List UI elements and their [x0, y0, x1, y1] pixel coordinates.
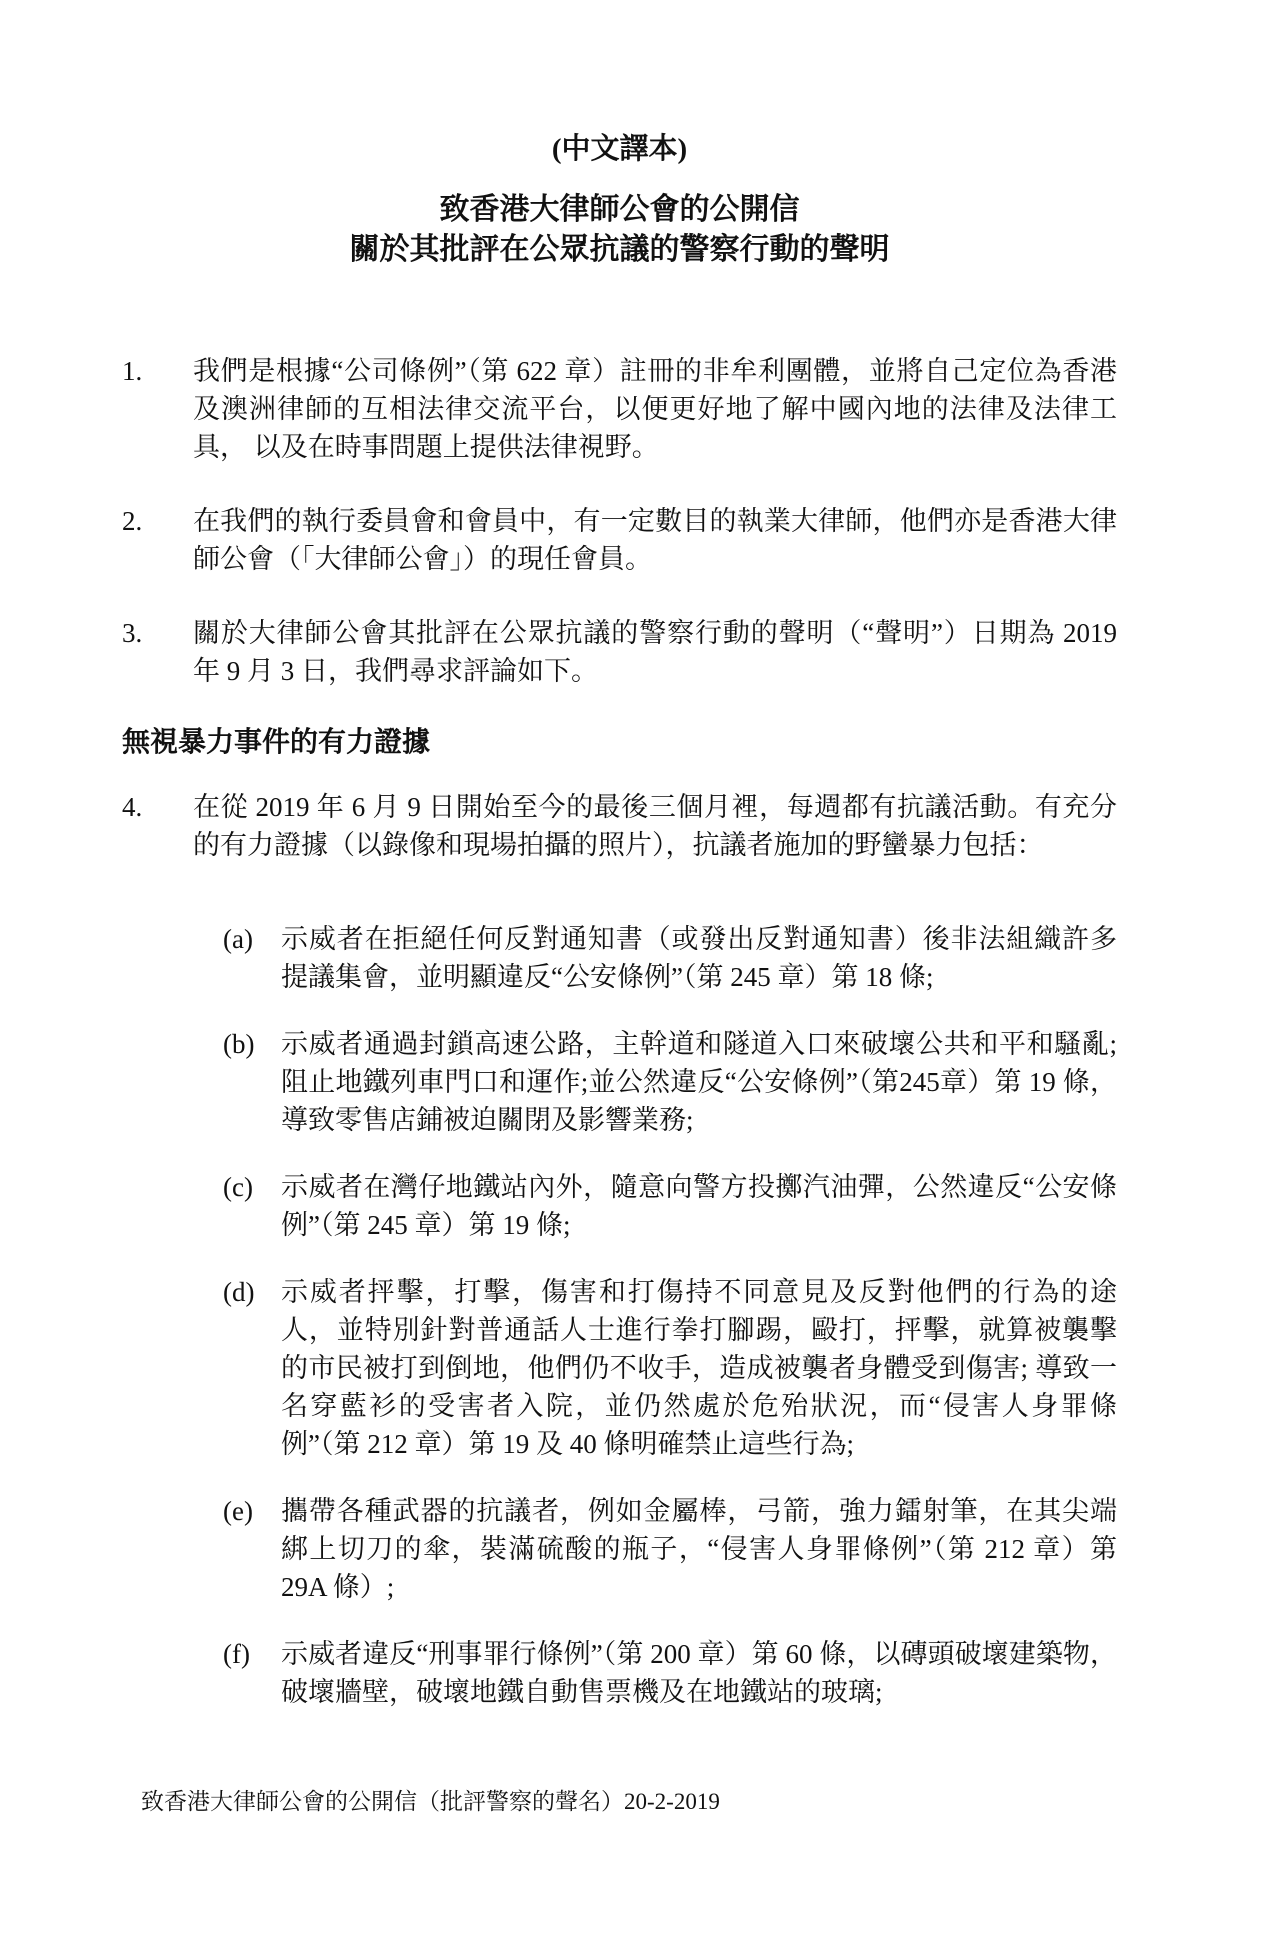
- document-page: (中文譯本) 致香港大律師公會的公開信 關於其批評在公眾抗議的警察行動的聲明 1…: [0, 0, 1263, 1934]
- paragraph-number: 2.: [122, 502, 193, 578]
- title-line-2: 關於其批評在公眾抗議的警察行動的聲明: [122, 230, 1117, 270]
- paragraph-3: 3. 關於大律師公會其批評在公眾抗議的警察行動的聲明（“聲明”）日期為 2019…: [122, 614, 1117, 690]
- subitem-label: (e): [223, 1492, 281, 1606]
- subitem-text: 示威者抨擊，打擊，傷害和打傷持不同意見及反對他們的行為的途人，並特別針對普通話人…: [281, 1273, 1117, 1463]
- paragraph-number: 4.: [122, 788, 193, 864]
- subitem-a: (a) 示威者在拒絕任何反對通知書（或發出反對通知書）後非法組織許多提議集會，並…: [223, 920, 1117, 996]
- subitem-text: 示威者違反“刑事罪行條例”（第 200 章）第 60 條，以磚頭破壞建築物，破壞…: [281, 1635, 1117, 1711]
- subitem-label: (d): [223, 1273, 281, 1463]
- subitem-b: (b) 示威者通過封鎖高速公路，主幹道和隧道入口來破壞公共和平和騷亂;阻止地鐵列…: [223, 1025, 1117, 1139]
- subitem-label: (b): [223, 1025, 281, 1139]
- paragraph-1: 1. 我們是根據“公司條例”（第 622 章）註冊的非牟利團體，並將自己定位為香…: [122, 352, 1117, 466]
- paragraph-4: 4. 在從 2019 年 6 月 9 日開始至今的最後三個月裡，每週都有抗議活動…: [122, 788, 1117, 864]
- language-note: (中文譯本): [122, 130, 1117, 168]
- paragraph-text: 我們是根據“公司條例”（第 622 章）註冊的非牟利團體，並將自己定位為香港及澳…: [193, 352, 1117, 466]
- paragraph-text: 在我們的執行委員會和會員中，有一定數目的執業大律師，他們亦是香港大律師公會（「大…: [193, 502, 1117, 578]
- paragraph-number: 3.: [122, 614, 193, 690]
- footer-note: 致香港大律師公會的公開信（批評警察的聲名）20-2-2019: [141, 1787, 720, 1817]
- title-line-1: 致香港大律師公會的公開信: [122, 190, 1117, 230]
- subitem-e: (e) 攜帶各種武器的抗議者，例如金屬棒，弓箭，強力鐳射筆，在其尖端綁上切刀的傘…: [223, 1492, 1117, 1606]
- subitem-text: 示威者通過封鎖高速公路，主幹道和隧道入口來破壞公共和平和騷亂;阻止地鐵列車門口和…: [281, 1025, 1117, 1139]
- subitem-label: (c): [223, 1168, 281, 1244]
- paragraph-2: 2. 在我們的執行委員會和會員中，有一定數目的執業大律師，他們亦是香港大律師公會…: [122, 502, 1117, 578]
- paragraph-text: 在從 2019 年 6 月 9 日開始至今的最後三個月裡，每週都有抗議活動。有充…: [193, 788, 1117, 864]
- subitem-label: (a): [223, 920, 281, 996]
- subitem-d: (d) 示威者抨擊，打擊，傷害和打傷持不同意見及反對他們的行為的途人，並特別針對…: [223, 1273, 1117, 1463]
- section-heading: 無視暴力事件的有力證據: [122, 724, 1117, 762]
- subitem-c: (c) 示威者在灣仔地鐵站內外，隨意向警方投擲汽油彈，公然違反“公安條例”（第 …: [223, 1168, 1117, 1244]
- document-title: 致香港大律師公會的公開信 關於其批評在公眾抗議的警察行動的聲明: [122, 190, 1117, 270]
- subitem-text: 示威者在拒絕任何反對通知書（或發出反對通知書）後非法組織許多提議集會，並明顯違反…: [281, 920, 1117, 996]
- subitem-text: 攜帶各種武器的抗議者，例如金屬棒，弓箭，強力鐳射筆，在其尖端綁上切刀的傘，裝滿硫…: [281, 1492, 1117, 1606]
- paragraph-text: 關於大律師公會其批評在公眾抗議的警察行動的聲明（“聲明”）日期為 2019 年 …: [193, 614, 1117, 690]
- subitem-f: (f) 示威者違反“刑事罪行條例”（第 200 章）第 60 條，以磚頭破壞建築…: [223, 1635, 1117, 1711]
- paragraph-number: 1.: [122, 352, 193, 466]
- subitem-text: 示威者在灣仔地鐵站內外，隨意向警方投擲汽油彈，公然違反“公安條例”（第 245 …: [281, 1168, 1117, 1244]
- subitem-label: (f): [223, 1635, 281, 1711]
